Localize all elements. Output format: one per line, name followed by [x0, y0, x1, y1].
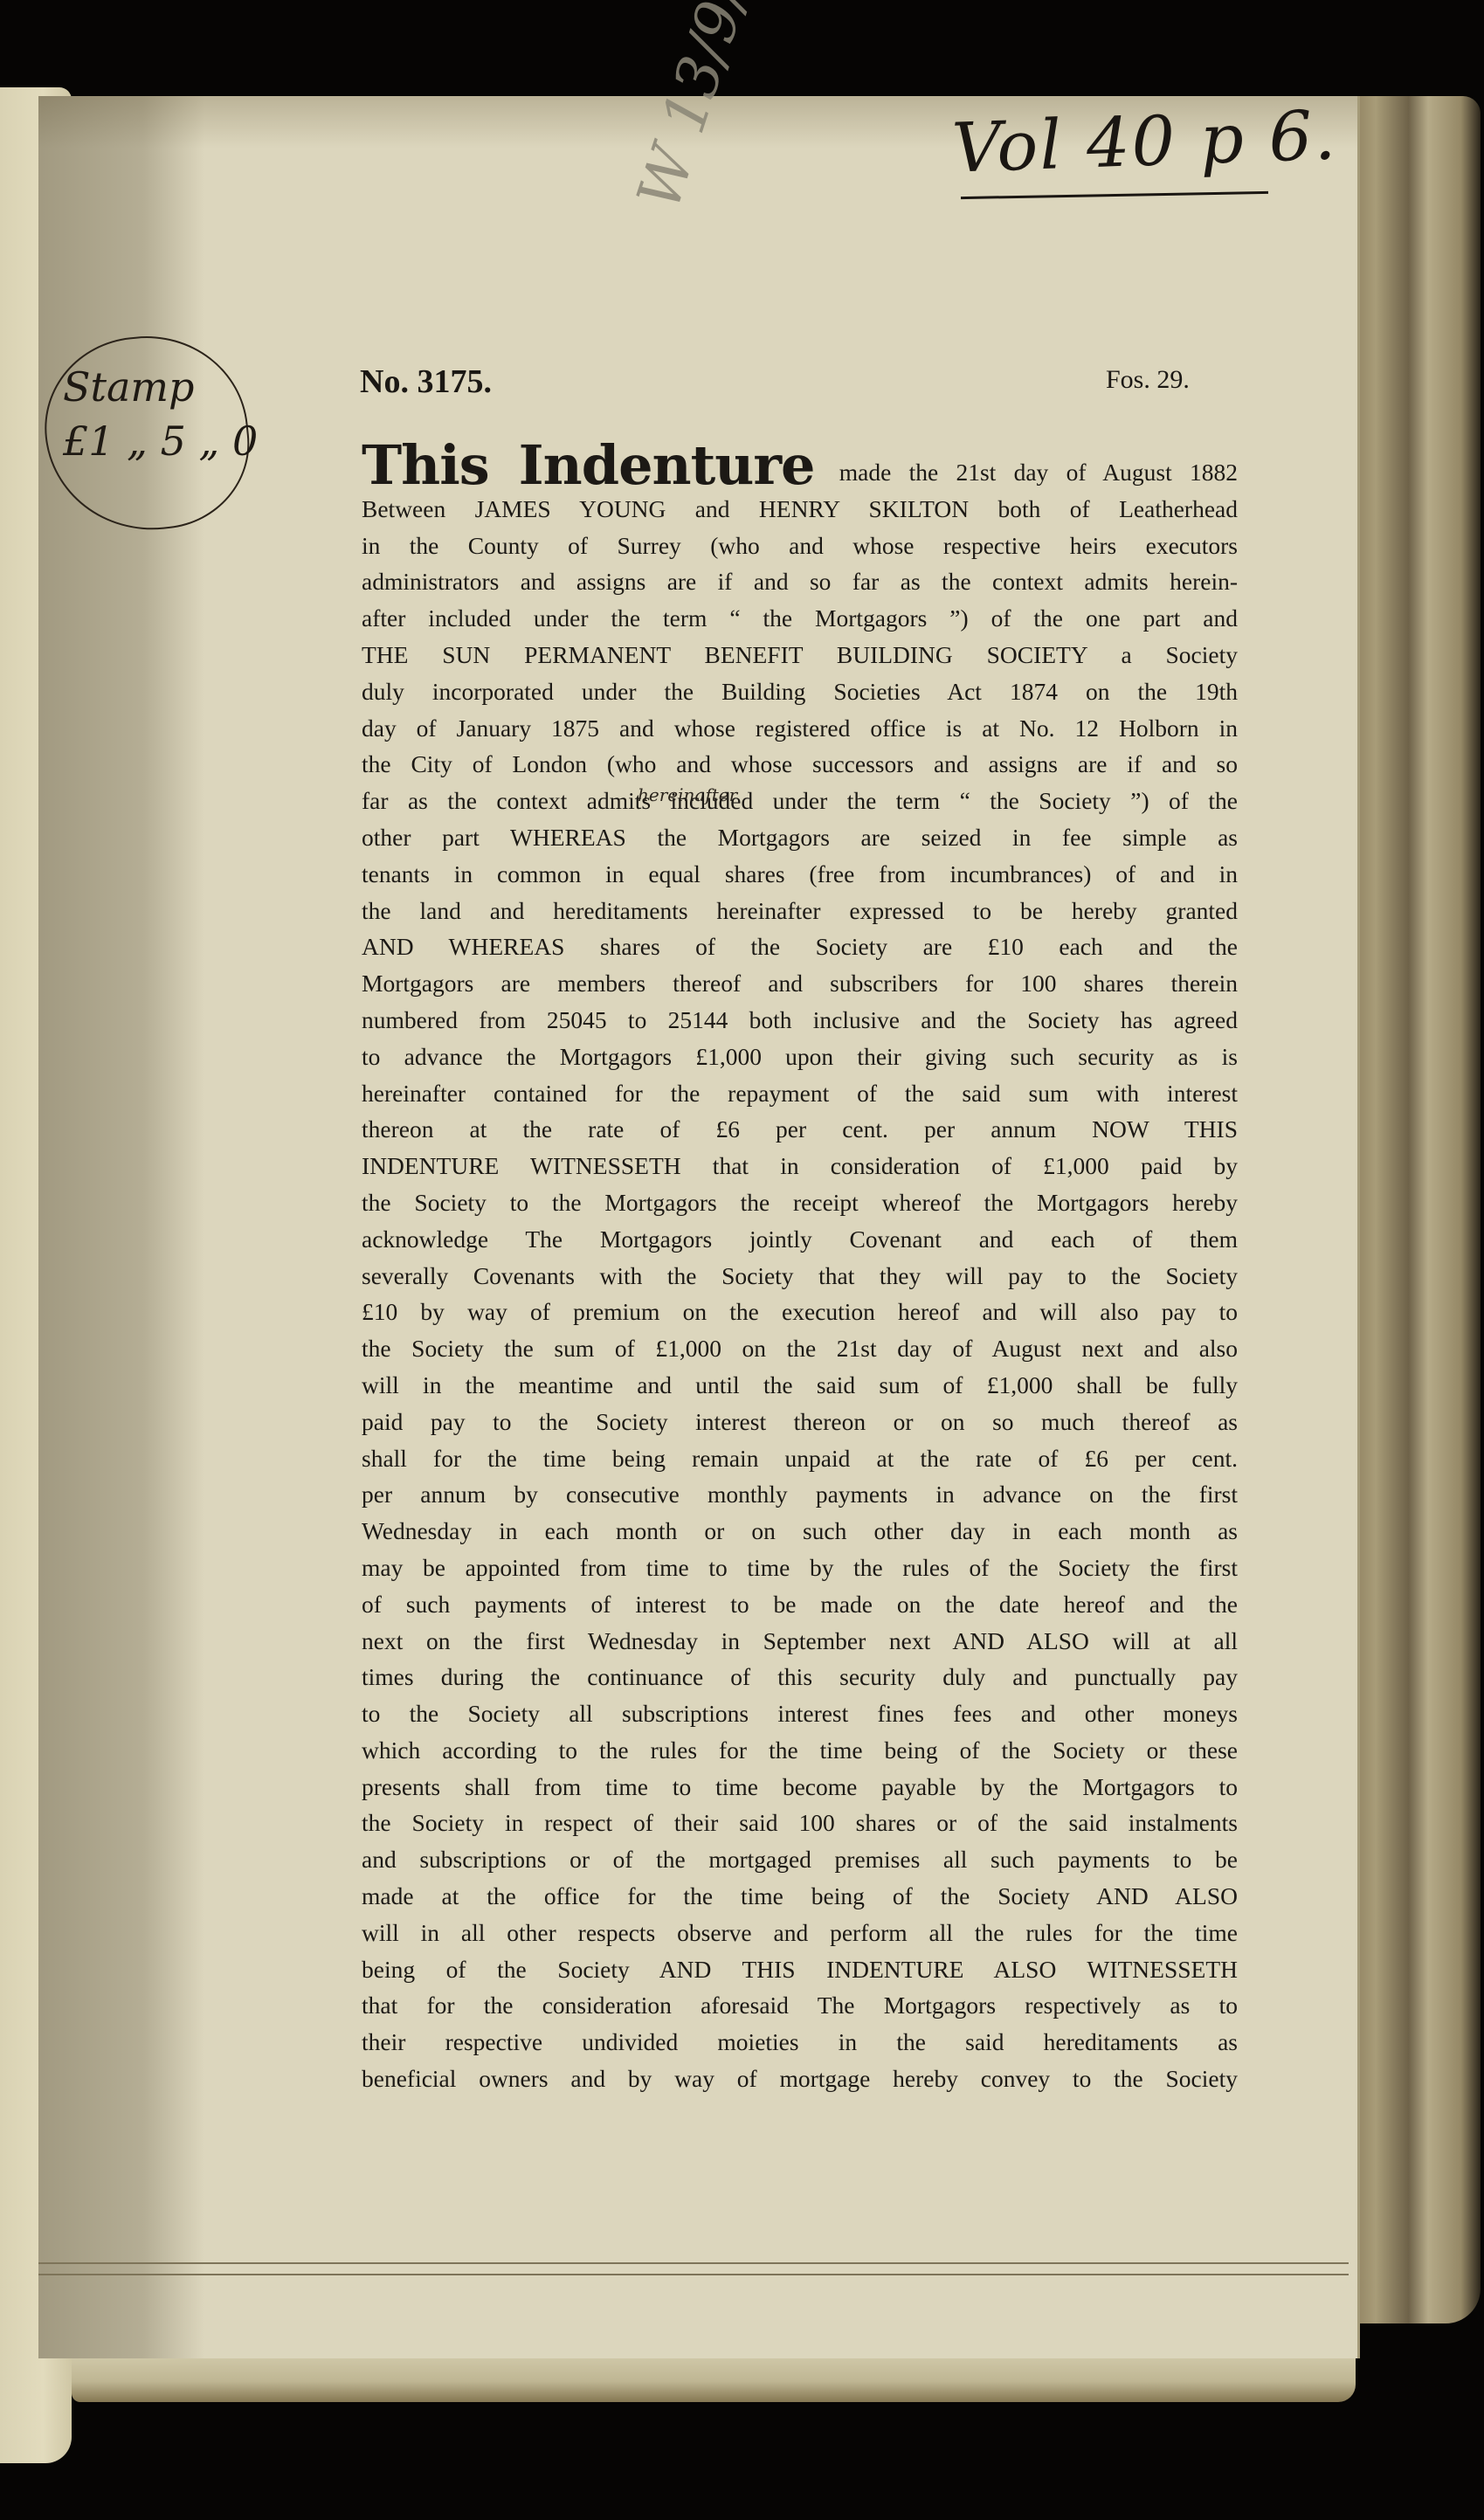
text-line: duly incorporated under the Building Soc… — [362, 673, 1238, 710]
text-line: severally Covenants with the Society tha… — [362, 1258, 1238, 1295]
text-line: other part WHEREAS the Mortgagors are se… — [362, 819, 1238, 856]
page-edge-line — [38, 2274, 1349, 2275]
text-line: per annum by consecutive monthly payment… — [362, 1476, 1238, 1513]
folio-count: Fos. 29. — [1106, 365, 1190, 395]
text-line: Wednesday in each month or on such other… — [362, 1513, 1238, 1550]
text-line: to the Society all subscriptions interes… — [362, 1695, 1238, 1732]
text-line: the Society in respect of their said 100… — [362, 1805, 1238, 1841]
text-line: AND WHEREAS shares of the Society are £1… — [362, 929, 1238, 965]
text-line: THE SUN PERMANENT BENEFIT BUILDING SOCIE… — [362, 637, 1238, 673]
text-line: Mortgagors are members thereof and subsc… — [362, 965, 1238, 1002]
text-line: administrators and assigns are if and so… — [362, 563, 1238, 600]
text-line: numbered from 25045 to 25144 both inclus… — [362, 1002, 1238, 1039]
text-line: day of January 1875 and whose registered… — [362, 710, 1238, 747]
page-edge-line — [38, 2262, 1349, 2264]
text-line: times during the continuance of this sec… — [362, 1659, 1238, 1695]
opening-words: This Indenture — [362, 433, 814, 497]
text-line: the land and hereditaments hereinafter e… — [362, 893, 1238, 929]
indenture-body: This Indenture made the 21st day of Augu… — [362, 447, 1238, 2097]
text-line: to advance the Mortgagors £1,000 upon th… — [362, 1039, 1238, 1075]
text-line: being of the Society AND THIS INDENTURE … — [362, 1951, 1238, 1988]
stamp-label: Stamp — [63, 360, 258, 414]
stamp-duty-text: Stamp £1 „ 5 „ 0 — [63, 360, 258, 468]
text-line: presents shall from time to time become … — [362, 1769, 1238, 1805]
text-line: after included under the term “ the Mort… — [362, 600, 1238, 637]
text-line: and subscriptions or of the mortgaged pr… — [362, 1841, 1238, 1878]
text-line: beneficial owners and by way of mortgage… — [362, 2061, 1238, 2097]
text-line: of such payments of interest to be made … — [362, 1586, 1238, 1623]
text-line: hereinafter contained for the repayment … — [362, 1075, 1238, 1112]
text-line: will in the meantime and until the said … — [362, 1367, 1238, 1404]
text-line: may be appointed from time to time by th… — [362, 1550, 1238, 1586]
volume-reference-annotation: Vol 40 p 6. — [951, 96, 1339, 188]
text-line: tenants in common in equal shares (free … — [362, 856, 1238, 893]
text-line: their respective undivided moieties in t… — [362, 2024, 1238, 2061]
text-line: which according to the rules for the tim… — [362, 1732, 1238, 1769]
text-line: will in all other respects observe and p… — [362, 1915, 1238, 1951]
text-line: acknowledge The Mortgagors jointly Coven… — [362, 1221, 1238, 1258]
document-number: No. 3175. — [360, 362, 492, 401]
text-line: This Indenture made the 21st day of Augu… — [362, 447, 1238, 491]
text-line: far as the context admits included under… — [362, 783, 1238, 819]
text-line: paid pay to the Society interest thereon… — [362, 1404, 1238, 1440]
text-line: thereon at the rate of £6 per cent. per … — [362, 1111, 1238, 1148]
text-line: shall for the time being remain unpaid a… — [362, 1440, 1238, 1477]
page-stack-edge — [1349, 96, 1481, 2323]
text-line: the City of London (who and whose succes… — [362, 746, 1238, 783]
text-line: next on the first Wednesday in September… — [362, 1623, 1238, 1660]
text-line: £10 by way of premium on the execution h… — [362, 1294, 1238, 1330]
text-line: the Society to the Mortgagors the receip… — [362, 1184, 1238, 1221]
stamp-amount: £1 „ 5 „ 0 — [63, 414, 258, 468]
text-line: that for the consideration aforesaid The… — [362, 1987, 1238, 2024]
text-line: in the County of Surrey (who and whose r… — [362, 528, 1238, 564]
text-line: Between JAMES YOUNG and HENRY SKILTON bo… — [362, 491, 1238, 528]
text-line: made at the office for the time being of… — [362, 1878, 1238, 1915]
text-line: INDENTURE WITNESSETH that in considerati… — [362, 1148, 1238, 1184]
text-line: the Society the sum of £1,000 on the 21s… — [362, 1330, 1238, 1367]
